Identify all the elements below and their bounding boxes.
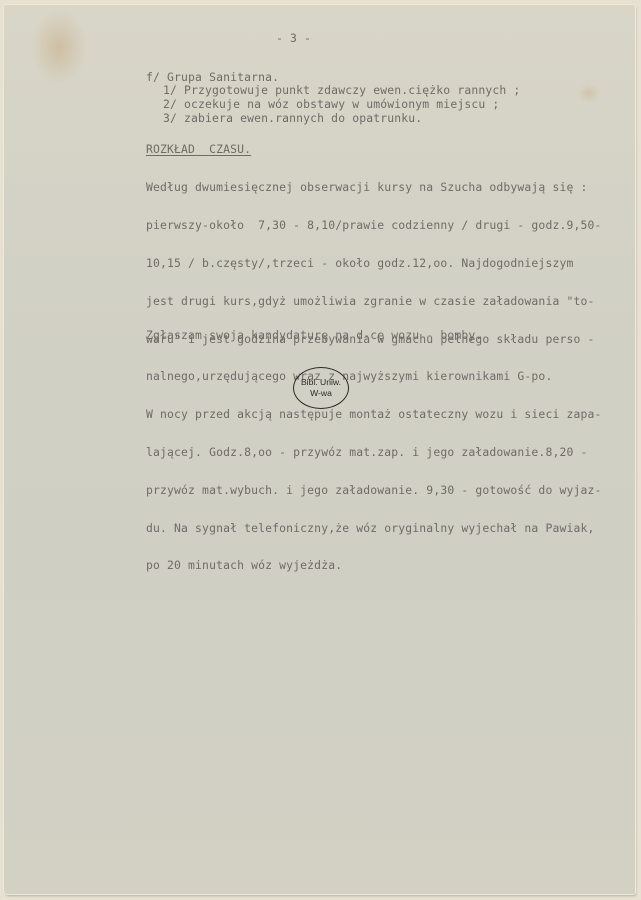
section-f-title: f/ Grupa Sanitarna. (146, 71, 279, 84)
schedule-line: 10,15 / b.częsty/,trzeci - około godz.12… (146, 257, 602, 270)
schedule-line: lającej. Godz.8,oo - przywóz mat.zap. i … (146, 446, 602, 459)
section-f-item-1: 1/ Przygotowuje punkt zdawczy ewen.ciężk… (163, 84, 520, 97)
schedule-heading: ROZKŁAD CZASU. (146, 143, 251, 156)
page-number: - 3 - (276, 32, 311, 45)
stamp-line-2: W-wa (310, 388, 332, 399)
stamp-line-1: Bibl. Uniw. (301, 377, 341, 388)
document-page: - 3 - f/ Grupa Sanitarna. 1/ Przygotowuj… (4, 5, 635, 894)
schedule-line: przywóz mat.wybuch. i jego załadowanie. … (146, 484, 602, 497)
library-stamp: Bibl. Uniw. W-wa (293, 367, 349, 409)
schedule-line: Według dwumiesięcznej obserwacji kursy n… (146, 181, 602, 194)
schedule-line: du. Na sygnał telefoniczny,że wóz orygin… (146, 522, 602, 535)
section-f-item-3: 3/ zabiera ewen.rannych do opatrunku. (163, 112, 422, 125)
schedule-line: po 20 minutach wóz wyjeżdża. (146, 559, 602, 572)
schedule-paragraph: Według dwumiesięcznej obserwacji kursy n… (146, 156, 602, 597)
section-f-item-2: 2/ oczekuje na wóz obstawy w umówionym m… (163, 98, 499, 111)
schedule-line: pierwszy-około 7,30 - 8,10/prawie codzie… (146, 219, 602, 232)
schedule-line: nalnego,urzędującego wraz z najwyższymi … (146, 370, 602, 383)
schedule-line: W nocy przed akcją następuje montaż osta… (146, 408, 602, 421)
schedule-line: jest drugi kurs,gdyż umożliwia zgranie w… (146, 295, 602, 308)
closing-statement: Zgłaszam swoją kandydaturę na d-cę wozu … (146, 329, 482, 342)
